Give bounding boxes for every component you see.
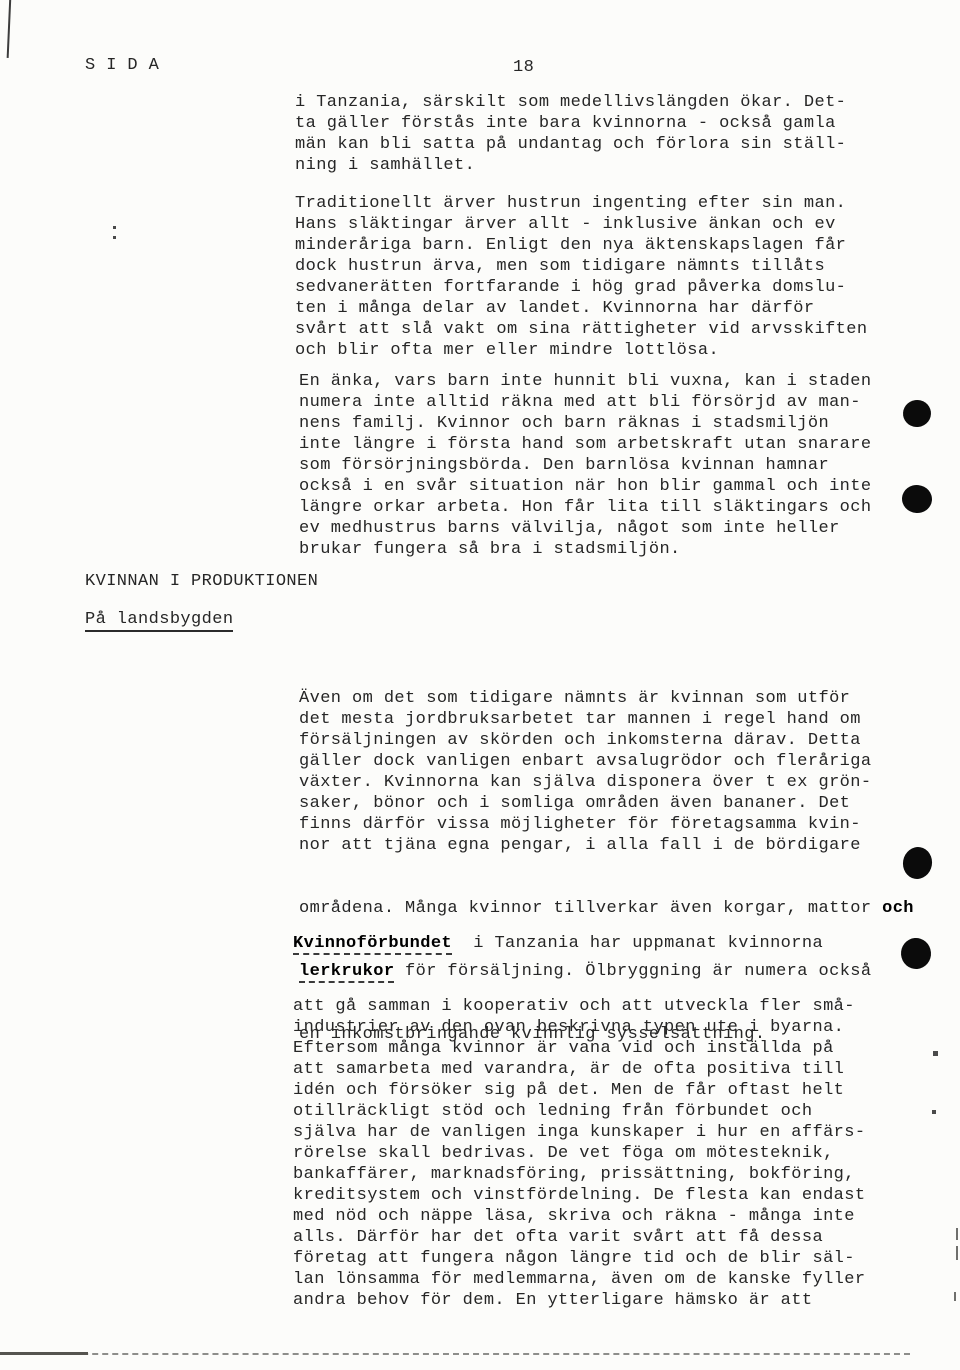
line1-text: i Tanzania har uppmanat kvinnorna <box>452 934 823 953</box>
ink-speck <box>113 226 116 229</box>
paragraph-inheritance: Traditionellt ärver hustrun ingenting ef… <box>295 193 868 361</box>
paragraph-union-lines: att gå samman i kooperativ och att utvec… <box>293 996 866 1311</box>
page-number: 18 <box>513 57 534 78</box>
pen-stroke-artifact <box>7 0 12 58</box>
ink-speck <box>113 236 116 239</box>
paragraph-womens-union: Kvinnoförbundet i Tanzania har uppmanat … <box>293 891 866 1353</box>
ink-speck <box>932 1110 936 1114</box>
paragraph-rural-lines: Även om det som tidigare nämnts är kvinn… <box>299 688 914 856</box>
ink-speck <box>933 1051 938 1056</box>
subsection-heading-text: På landsbygden <box>85 610 233 632</box>
margin-ink-dot <box>901 484 934 515</box>
edge-mark <box>956 1246 958 1260</box>
paragraph-widow: En änka, vars barn inte hunnit bli vuxna… <box>299 371 872 560</box>
page-bottom-scan-line-dark-segment <box>0 1352 88 1355</box>
paragraph-union-line1: Kvinnoförbundet i Tanzania har uppmanat … <box>293 933 866 954</box>
document-header-label: S I D A <box>85 55 159 76</box>
paragraph-life-expectancy: i Tanzania, särskilt som medellivslängde… <box>295 92 846 176</box>
scanned-document-page: S I D A 18 i Tanzania, särskilt som mede… <box>0 0 960 1370</box>
page-bottom-scan-line <box>2 1353 910 1355</box>
margin-ink-dot <box>901 398 932 429</box>
edge-mark <box>956 1228 958 1240</box>
edge-mark <box>954 1292 956 1301</box>
line1-bold-kvinnoforbundet: Kvinnoförbundet <box>293 934 452 955</box>
line9-bold-och: och <box>882 899 914 918</box>
subsection-heading: På landsbygden <box>85 609 233 630</box>
section-heading: KVINNAN I PRODUKTIONEN <box>85 571 318 592</box>
